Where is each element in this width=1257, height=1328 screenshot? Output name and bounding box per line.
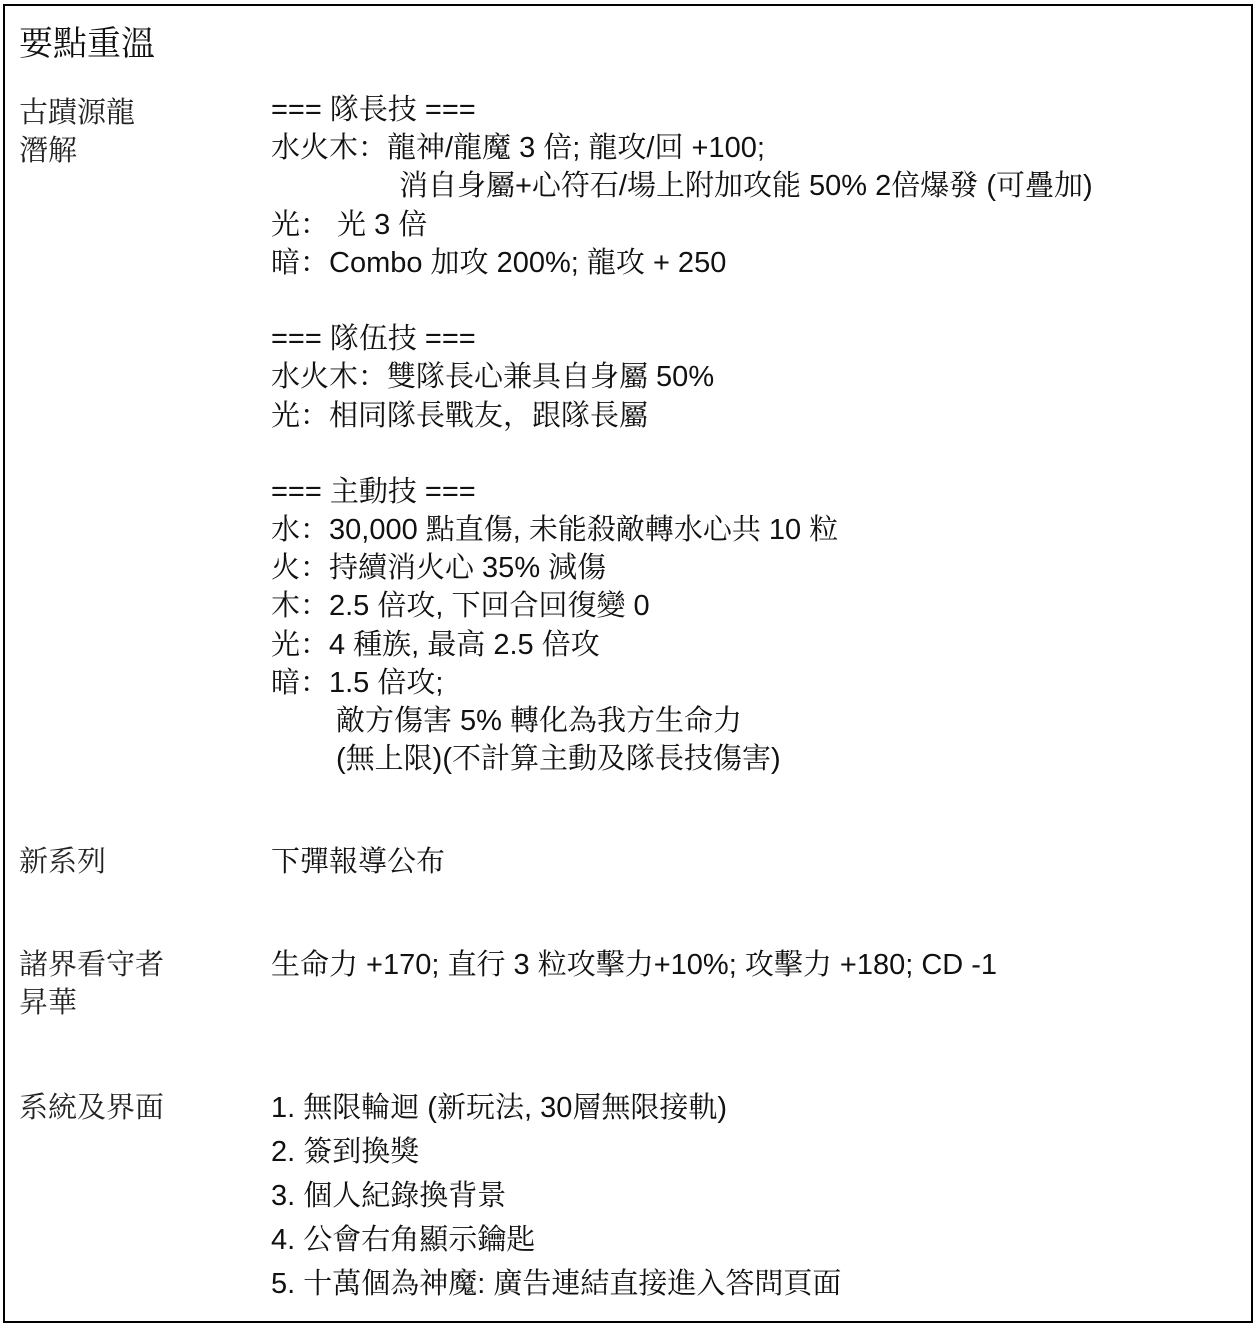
- list-item: 3. 個人紀錄換背景: [271, 1174, 841, 1218]
- leader-skill-header: === 隊長技 ===: [271, 91, 1093, 129]
- spacer: [271, 282, 1093, 320]
- label-line: 昇華: [19, 984, 164, 1022]
- content-line: 下彈報導公布: [271, 843, 445, 881]
- section-content-realm-guardian: 生命力 +170; 直行 3 粒攻擊力+10%; 攻擊力 +180; CD -1: [271, 946, 997, 984]
- leader-skill-line: 光： 光 3 倍: [271, 206, 1093, 244]
- list-item: 4. 公會右角顯示鑰匙: [271, 1218, 841, 1262]
- label-line: 新系列: [19, 843, 106, 881]
- team-skill-line: 水火木：雙隊長心兼具自身屬 50%: [271, 358, 1093, 396]
- label-line: 諸界看守者: [19, 946, 164, 984]
- leader-skill-line: 暗：Combo 加攻 200%; 龍攻 + 250: [271, 244, 1093, 282]
- team-skill-header: === 隊伍技 ===: [271, 320, 1093, 358]
- label-line: 古蹟源龍: [19, 94, 135, 132]
- section-label-realm-guardian: 諸界看守者 昇華: [19, 946, 164, 1022]
- list-item: 5. 十萬個為神魔: 廣告連結直接進入答問頁面: [271, 1262, 841, 1306]
- label-line: 潛解: [19, 132, 135, 170]
- active-skill-header: === 主動技 ===: [271, 473, 1093, 511]
- active-skill-line: 水：30,000 點直傷, 未能殺敵轉水心共 10 粒: [271, 511, 1093, 549]
- section-content-ancient-dragon: === 隊長技 === 水火木：龍神/龍魔 3 倍; 龍攻/回 +100; 消自…: [271, 91, 1093, 778]
- active-skill-line: 暗：1.5 倍攻;: [271, 664, 1093, 702]
- section-label-new-series: 新系列: [19, 843, 106, 881]
- label-line: 系統及界面: [19, 1089, 164, 1127]
- active-skill-line: 敵方傷害 5% 轉化為我方生命力: [271, 702, 1093, 740]
- active-skill-line: 火：持續消火心 35% 減傷: [271, 549, 1093, 587]
- list-item: 2. 簽到換獎: [271, 1130, 841, 1174]
- spacer: [271, 435, 1093, 473]
- section-content-system-ui: 1. 無限輪迴 (新玩法, 30層無限接軌) 2. 簽到換獎 3. 個人紀錄換背…: [271, 1086, 841, 1306]
- list-item: 1. 無限輪迴 (新玩法, 30層無限接軌): [271, 1086, 841, 1130]
- leader-skill-line: 消自身屬+心符石/場上附加攻能 50% 2倍爆發 (可疊加): [271, 167, 1093, 205]
- leader-skill-line: 水火木：龍神/龍魔 3 倍; 龍攻/回 +100;: [271, 129, 1093, 167]
- active-skill-line: 光：4 種族, 最高 2.5 倍攻: [271, 626, 1093, 664]
- section-content-new-series: 下彈報導公布: [271, 843, 445, 881]
- section-label-system-ui: 系統及界面: [19, 1089, 164, 1127]
- content-line: 生命力 +170; 直行 3 粒攻擊力+10%; 攻擊力 +180; CD -1: [271, 946, 997, 984]
- active-skill-line: (無上限)(不計算主動及隊長技傷害): [271, 740, 1093, 778]
- active-skill-line: 木：2.5 倍攻, 下回合回復變 0: [271, 587, 1093, 625]
- section-label-ancient-dragon: 古蹟源龍 潛解: [19, 94, 135, 170]
- team-skill-line: 光：相同隊長戰友，跟隊長屬: [271, 397, 1093, 435]
- page-title: 要點重溫: [19, 22, 155, 66]
